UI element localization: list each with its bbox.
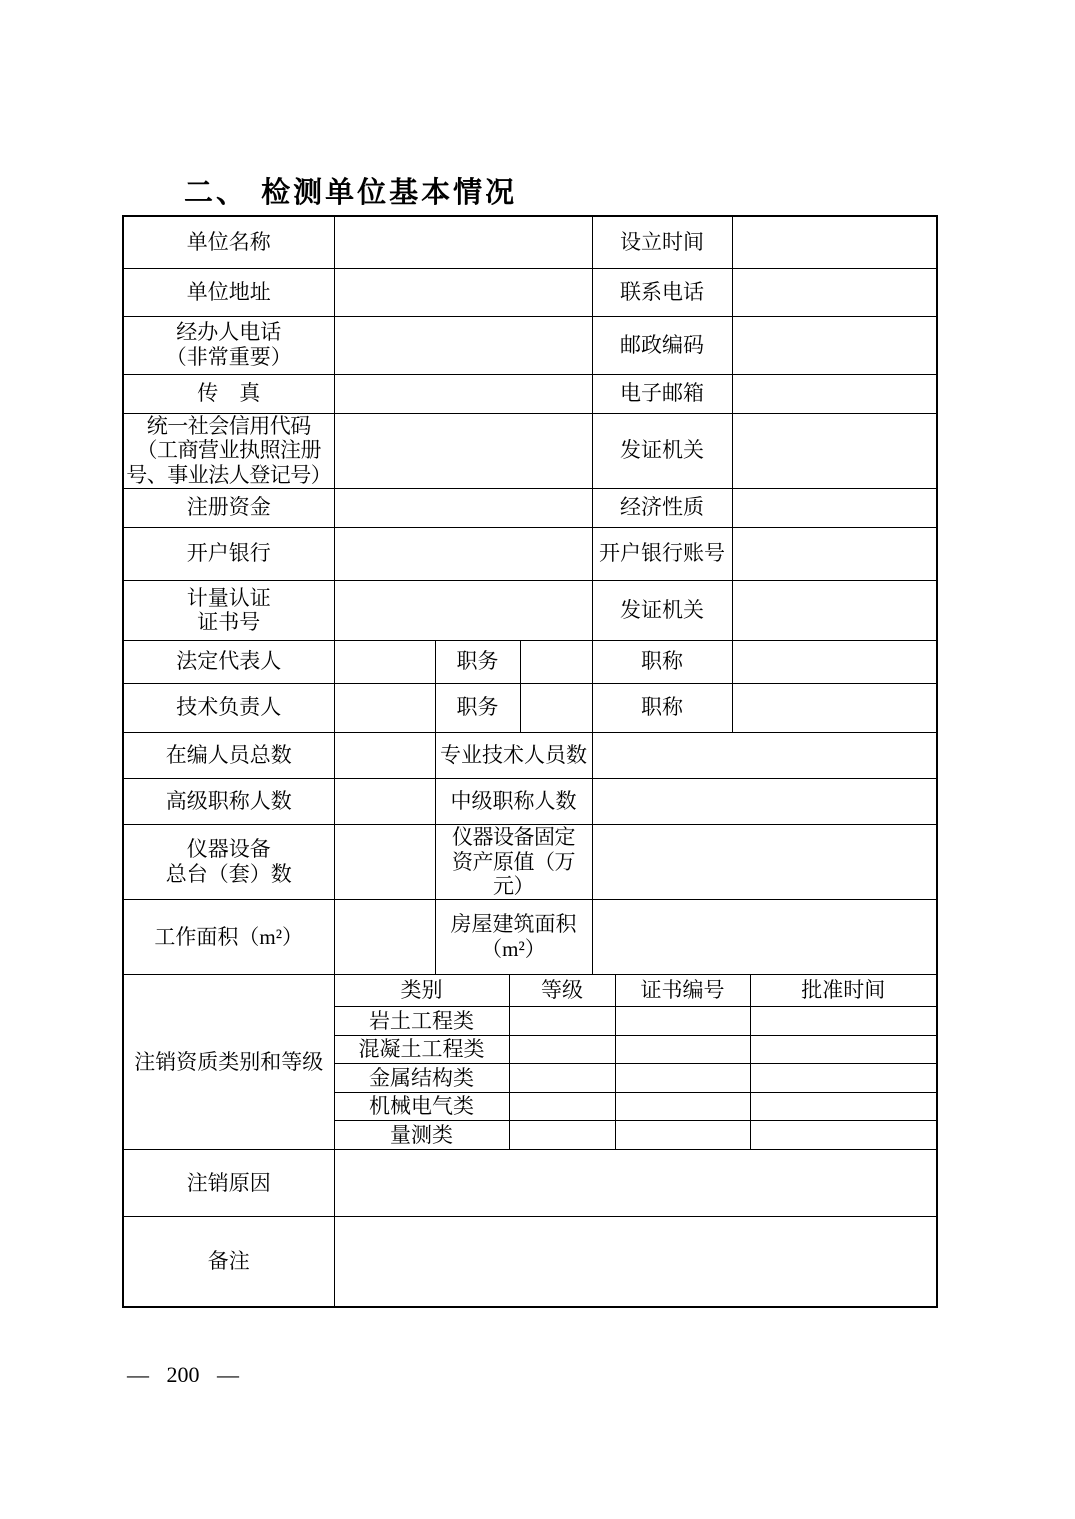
senior-title-value-cell <box>334 778 435 824</box>
handler-phone-label: 经办人电话 （非常重要） <box>123 316 334 374</box>
middle-title-label: 中级职称人数 <box>435 778 592 824</box>
professional-tech-value-cell <box>592 732 937 778</box>
qual-header-grade: 等级 <box>509 975 615 1007</box>
legal-rep-duty-label: 职务 <box>435 640 520 683</box>
qual-row-concrete-grade-cell <box>509 1036 615 1064</box>
qual-row-geotechnical-cert-cell <box>615 1007 750 1036</box>
issuing-authority-value-cell-1 <box>732 413 937 488</box>
qual-row-measurement-time-cell <box>750 1121 937 1150</box>
equipment-count-label: 仪器设备 总台（套）数 <box>123 824 334 899</box>
unit-name-label: 单位名称 <box>123 216 334 268</box>
equipment-count-value-cell <box>334 824 435 899</box>
qual-row-measurement-cert-cell <box>615 1121 750 1150</box>
fax-label: 传 真 <box>123 374 334 413</box>
tech-director-duty-value-cell <box>520 683 592 732</box>
economic-nature-label: 经济性质 <box>592 488 732 527</box>
metrology-cert-value-cell <box>334 580 592 640</box>
legal-rep-label: 法定代表人 <box>123 640 334 683</box>
metrology-cert-label: 计量认证 证书号 <box>123 580 334 640</box>
building-area-value-cell <box>592 900 937 975</box>
registered-capital-value-cell <box>334 488 592 527</box>
work-area-label: 工作面积（m²） <box>123 900 334 975</box>
unit-address-value-cell <box>334 268 592 316</box>
establish-time-value-cell <box>732 216 937 268</box>
equipment-asset-label: 仪器设备固定 资产原值（万元） <box>435 824 592 899</box>
basic-info-table: 单位名称 设立时间 单位地址 联系电话 经办人电话 （非常重要） 邮政编码 传 … <box>122 215 938 1308</box>
qual-row-measurement-label: 量测类 <box>334 1121 509 1150</box>
postal-code-label: 邮政编码 <box>592 316 732 374</box>
legal-rep-title-label: 职称 <box>592 640 732 683</box>
professional-tech-label: 专业技术人员数 <box>435 732 592 778</box>
qual-row-metal-structure-label: 金属结构类 <box>334 1064 509 1093</box>
cancel-reason-value-cell <box>334 1150 937 1217</box>
qual-header-category: 类别 <box>334 975 509 1007</box>
tech-director-duty-label: 职务 <box>435 683 520 732</box>
qual-row-metal-structure-cert-cell <box>615 1064 750 1093</box>
document-page: 二、 检测单位基本情况 单位名称 设立时间 单位地址 联系电话 经办人电话 （非… <box>0 0 1075 1519</box>
qual-row-metal-structure-time-cell <box>750 1064 937 1093</box>
economic-nature-value-cell <box>732 488 937 527</box>
remark-value-cell <box>334 1217 937 1307</box>
cancel-qualification-label: 注销资质类别和等级 <box>123 975 334 1150</box>
contact-phone-label: 联系电话 <box>592 268 732 316</box>
qual-row-geotechnical-label: 岩土工程类 <box>334 1007 509 1036</box>
contact-phone-value-cell <box>732 268 937 316</box>
cancel-reason-label: 注销原因 <box>123 1150 334 1217</box>
issuing-authority-label-2: 发证机关 <box>592 580 732 640</box>
qual-row-concrete-cert-cell <box>615 1036 750 1064</box>
bank-account-value-cell <box>732 527 937 580</box>
unit-name-value-cell <box>334 216 592 268</box>
qual-row-concrete-time-cell <box>750 1036 937 1064</box>
work-area-value-cell <box>334 900 435 975</box>
qual-row-mechanical-electrical-label: 机械电气类 <box>334 1093 509 1121</box>
bank-account-label: 开户银行账号 <box>592 527 732 580</box>
qual-row-mechanical-electrical-cert-cell <box>615 1093 750 1121</box>
legal-rep-title-value-cell <box>732 640 937 683</box>
establish-time-label: 设立时间 <box>592 216 732 268</box>
qual-row-geotechnical-time-cell <box>750 1007 937 1036</box>
credit-code-value-cell <box>334 413 592 488</box>
credit-code-label: 统一社会信用代码 （工商营业执照注册 号、事业法人登记号） <box>123 413 334 488</box>
legal-rep-duty-value-cell <box>520 640 592 683</box>
tech-director-title-label: 职称 <box>592 683 732 732</box>
legal-rep-value-cell <box>334 640 435 683</box>
registered-capital-label: 注册资金 <box>123 488 334 527</box>
middle-title-value-cell <box>592 778 937 824</box>
qual-row-geotechnical-grade-cell <box>509 1007 615 1036</box>
equipment-asset-value-cell <box>592 824 937 899</box>
fax-value-cell <box>334 374 592 413</box>
email-value-cell <box>732 374 937 413</box>
staff-total-label: 在编人员总数 <box>123 732 334 778</box>
email-label: 电子邮箱 <box>592 374 732 413</box>
section-title: 二、 检测单位基本情况 <box>184 170 517 211</box>
issuing-authority-label-1: 发证机关 <box>592 413 732 488</box>
bank-name-value-cell <box>334 527 592 580</box>
building-area-label: 房屋建筑面积 （m²） <box>435 900 592 975</box>
tech-director-label: 技术负责人 <box>123 683 334 732</box>
tech-director-title-value-cell <box>732 683 937 732</box>
qual-row-mechanical-electrical-time-cell <box>750 1093 937 1121</box>
qual-header-cert-no: 证书编号 <box>615 975 750 1007</box>
unit-address-label: 单位地址 <box>123 268 334 316</box>
tech-director-value-cell <box>334 683 435 732</box>
postal-code-value-cell <box>732 316 937 374</box>
staff-total-value-cell <box>334 732 435 778</box>
qual-row-metal-structure-grade-cell <box>509 1064 615 1093</box>
qual-row-concrete-label: 混凝土工程类 <box>334 1036 509 1064</box>
issuing-authority-value-cell-2 <box>732 580 937 640</box>
senior-title-label: 高级职称人数 <box>123 778 334 824</box>
handler-phone-value-cell <box>334 316 592 374</box>
qual-row-measurement-grade-cell <box>509 1121 615 1150</box>
qual-header-approval-time: 批准时间 <box>750 975 937 1007</box>
bank-name-label: 开户银行 <box>123 527 334 580</box>
remark-label: 备注 <box>123 1217 334 1307</box>
page-number: — 200 — <box>127 1362 239 1388</box>
qual-row-mechanical-electrical-grade-cell <box>509 1093 615 1121</box>
